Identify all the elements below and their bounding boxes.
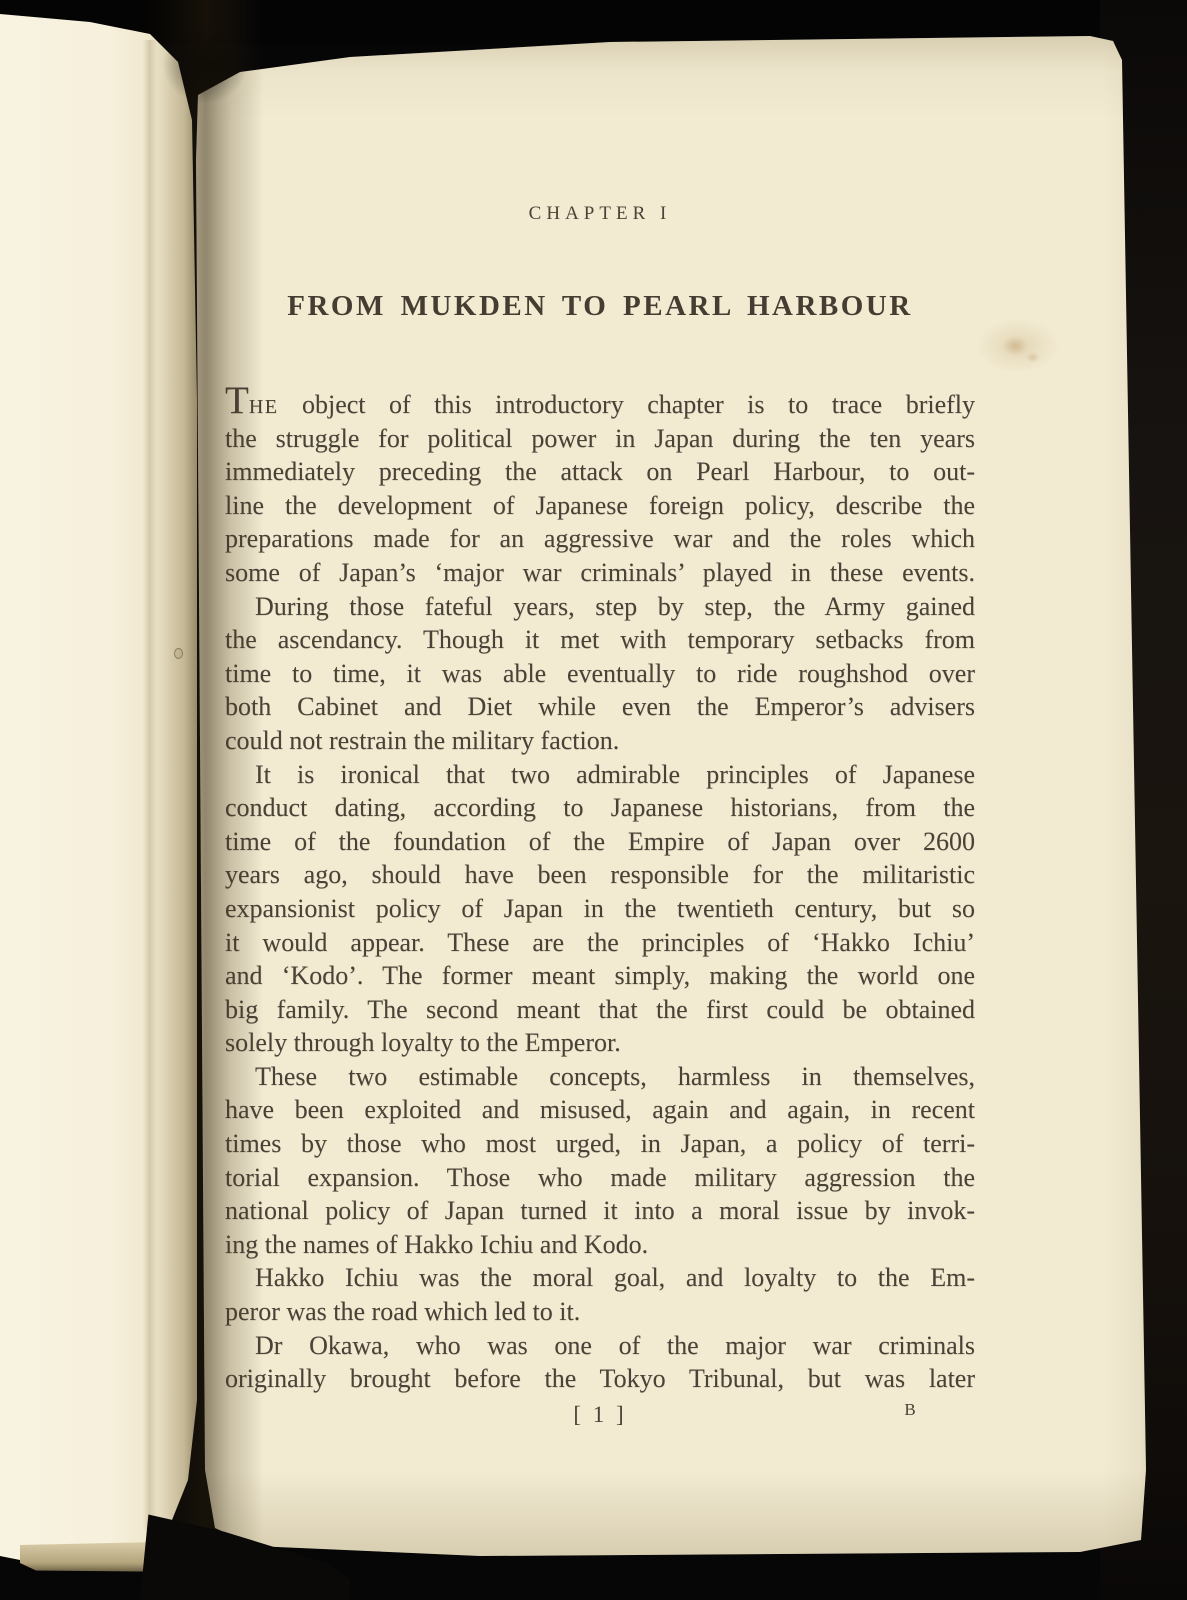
paragraph: It is ironical that two admirable princi…: [225, 758, 975, 1060]
paragraph: Hakko Ichiu was the moral goal, and loya…: [225, 1261, 975, 1328]
text-line: national policy of Japan turned it into …: [225, 1194, 975, 1228]
body-text: THE object of this introductory chapter …: [225, 388, 975, 1396]
text-line: some of Japan’s ‘major war criminals’ pl…: [225, 556, 975, 590]
left-page: [0, 0, 200, 1600]
text-line: preparations made for an aggressive war …: [225, 522, 975, 556]
text-line: immediately preceding the attack on Pear…: [225, 455, 975, 489]
paragraph: During those fateful years, step by step…: [225, 590, 975, 758]
paragraph: THE object of this introductory chapter …: [225, 388, 975, 590]
text-line: the struggle for political power in Japa…: [225, 422, 975, 456]
ink-speck: [174, 648, 183, 659]
text-line: time of the foundation of the Empire of …: [225, 825, 975, 859]
foxing-spot: [1002, 336, 1028, 356]
text-line: have been exploited and misused, again a…: [225, 1093, 975, 1127]
text-line: peror was the road which led to it.: [225, 1295, 975, 1329]
text-line: and ‘Kodo’. The former meant simply, mak…: [225, 959, 975, 993]
text-line: big family. The second meant that the fi…: [225, 993, 975, 1027]
chapter-title: FROM MUKDEN TO PEARL HARBOUR: [225, 290, 975, 323]
signature-mark: B: [890, 1400, 930, 1420]
text-line: conduct dating, according to Japanese hi…: [225, 791, 975, 825]
text-line: It is ironical that two admirable princi…: [225, 758, 975, 792]
text-line: expansionist policy of Japan in the twen…: [225, 892, 975, 926]
text-line: THE object of this introductory chapter …: [225, 388, 975, 422]
text-line: These two estimable concepts, harmless i…: [225, 1060, 975, 1094]
text-line: torial expansion. Those who made militar…: [225, 1161, 975, 1195]
text-line: solely through loyalty to the Emperor.: [225, 1026, 975, 1060]
paragraph: Dr Okawa, who was one of the major war c…: [225, 1329, 975, 1396]
paragraph: These two estimable concepts, harmless i…: [225, 1060, 975, 1262]
page-number: [ 1 ]: [225, 1402, 975, 1428]
foxing-spot: [1026, 352, 1040, 363]
text-line: originally brought before the Tokyo Trib…: [225, 1362, 975, 1396]
text-line: times by those who most urged, in Japan,…: [225, 1127, 975, 1161]
text-line: could not restrain the military faction.: [225, 724, 975, 758]
lead-capital: T: [225, 379, 249, 422]
text-line: both Cabinet and Diet while even the Emp…: [225, 690, 975, 724]
text-line: it would appear. These are the principle…: [225, 926, 975, 960]
text-line: Dr Okawa, who was one of the major war c…: [225, 1329, 975, 1363]
text-line: the ascendancy. Though it met with tempo…: [225, 623, 975, 657]
text-line: ing the names of Hakko Ichiu and Kodo.: [225, 1228, 975, 1262]
text-line: years ago, should have been responsible …: [225, 858, 975, 892]
text-line: time to time, it was able eventually to …: [225, 657, 975, 691]
text-line: Hakko Ichiu was the moral goal, and loya…: [225, 1261, 975, 1295]
right-page: CHAPTER I FROM MUKDEN TO PEARL HARBOUR T…: [190, 30, 1157, 1575]
chapter-label: CHAPTER I: [225, 203, 975, 225]
left-page-crease: [143, 40, 157, 1530]
lead-small-caps: HE: [249, 396, 279, 418]
text-line: During those fateful years, step by step…: [225, 590, 975, 624]
text-line: line the development of Japanese foreign…: [225, 489, 975, 523]
